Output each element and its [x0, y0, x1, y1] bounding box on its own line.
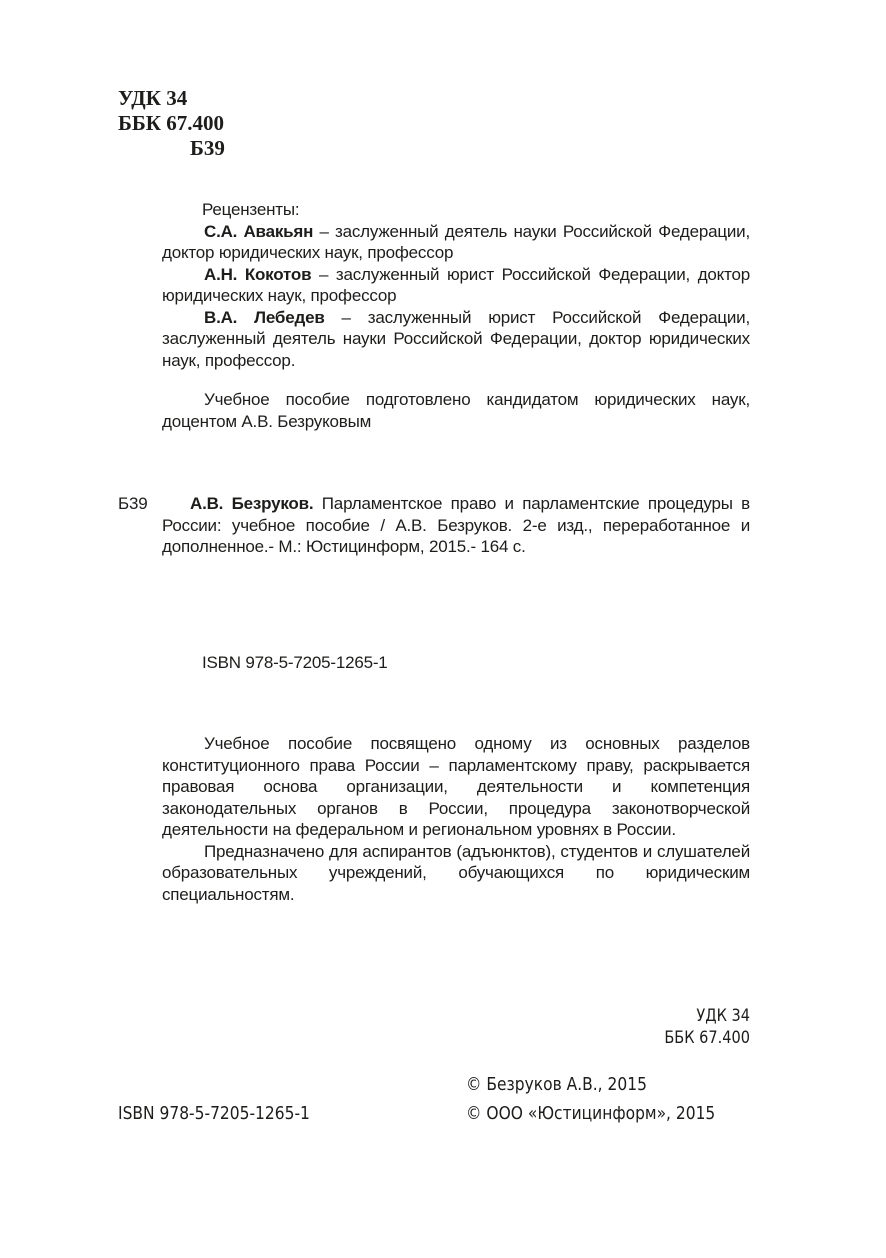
- reviewer-name: С.А. Авакьян: [204, 222, 313, 241]
- bib-record: А.В. Безруков. Парламентское право и пар…: [162, 493, 750, 558]
- bib-mark: Б39: [118, 493, 147, 515]
- reviewer-name: В.А. Лебедев: [204, 308, 325, 327]
- bib-author: А.В. Безруков.: [190, 494, 313, 513]
- copyright-publisher: © ООО «Юстицинформ», 2015: [466, 1102, 793, 1126]
- annotation-paragraph: Учебное пособие посвящено одному из осно…: [162, 733, 750, 841]
- reviewers-title: Рецензенты:: [162, 199, 750, 221]
- reviewer-item: В.А. Лебедев – заслуженный юрист Российс…: [162, 307, 750, 372]
- author-mark: Б39: [190, 136, 225, 160]
- reviewer-item: С.А. Авакьян – заслуженный деятель науки…: [162, 221, 750, 264]
- prepared-by: Учебное пособие подготовлено кандидатом …: [162, 389, 750, 432]
- footer-codes: УДК 34 ББК 67.400: [550, 1005, 750, 1049]
- footer-isbn: ISBN 978-5-7205-1265-1: [118, 1102, 462, 1126]
- isbn-line: ISBN 978-5-7205-1265-1: [202, 652, 388, 674]
- reviewer-name: А.Н. Кокотов: [204, 265, 311, 284]
- footer-bbk: ББК 67.400: [574, 1027, 750, 1049]
- reviewer-item: А.Н. Кокотов – заслуженный юрист Российс…: [162, 264, 750, 307]
- annotation-paragraph: Предназначено для аспирантов (адъюнктов)…: [162, 841, 750, 906]
- footer-udk: УДК 34: [574, 1005, 750, 1027]
- annotation: Учебное пособие посвящено одному из осно…: [162, 733, 750, 905]
- reviewers-block: Рецензенты: С.А. Авакьян – заслуженный д…: [162, 199, 750, 371]
- udk-code: УДК 34: [118, 86, 187, 110]
- copyright-author: © Безруков А.В., 2015: [466, 1073, 793, 1097]
- bbk-code: ББК 67.400: [118, 111, 224, 135]
